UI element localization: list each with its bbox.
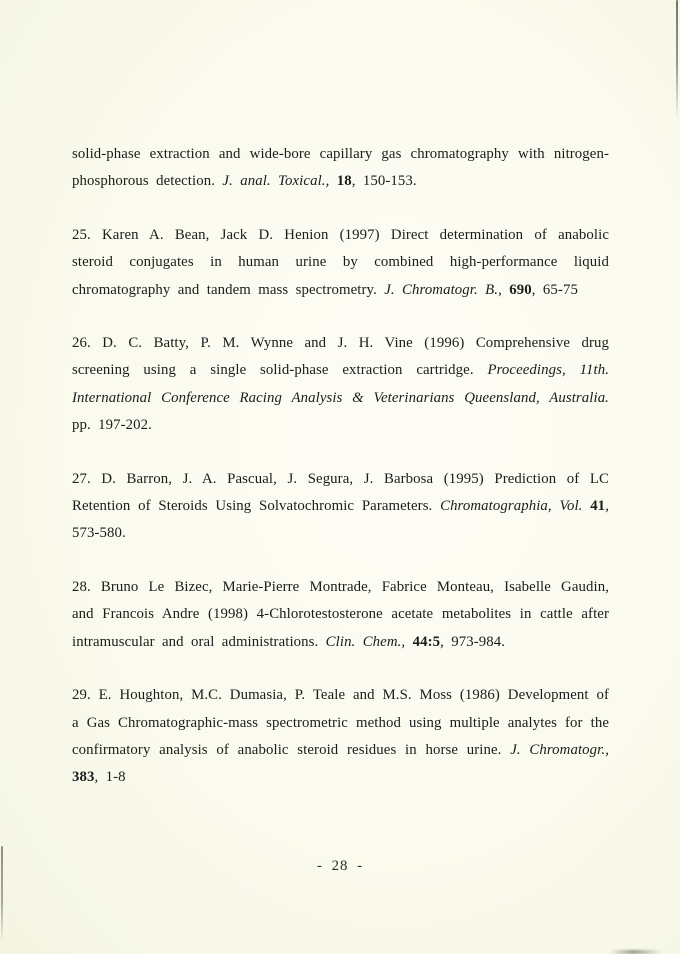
ref-segment-normal: , 150-153. (352, 173, 417, 189)
ref-segment-bold: 690 (509, 282, 532, 298)
reference-paragraph-ref-27: 27. D. Barron, J. A. Pascual, J. Segura,… (72, 466, 609, 548)
ref-segment-italic: Clin. Chem., (326, 634, 413, 650)
scan-artifact-bottom-smudge (610, 950, 662, 954)
page-number: - 28 - (0, 858, 680, 875)
ref-segment-italic: J. Chromatogr., (510, 742, 609, 758)
reference-paragraph-ref-25: 25. Karen A. Bean, Jack D. Henion (1997)… (72, 222, 609, 304)
ref-segment-bold: 44:5 (413, 634, 441, 650)
ref-segment-normal: , 973-984. (440, 634, 505, 650)
ref-segment-italic: J. Chromatogr. B., (384, 282, 509, 298)
references-list: solid-phase extraction and wide-bore cap… (72, 141, 609, 818)
ref-segment-normal: , 1-8 (95, 769, 126, 785)
reference-paragraph-ref-26: 26. D. C. Batty, P. M. Wynne and J. H. V… (72, 330, 609, 440)
reference-paragraph-ref-28: 28. Bruno Le Bizec, Marie-Pierre Montrad… (72, 574, 609, 656)
reference-paragraph-ref-24-continuation: solid-phase extraction and wide-bore cap… (72, 141, 609, 196)
scan-artifact-right-edge (676, 0, 678, 118)
ref-segment-normal: , 65-75 (532, 282, 578, 298)
scanned-document-page: { "footer": { "page_label": "- 28 -" }, … (0, 0, 680, 954)
ref-segment-bold: 41 (590, 498, 605, 514)
ref-segment-italic: Chromatographia, Vol. (440, 498, 590, 514)
ref-segment-italic: J. anal. Toxical., (222, 173, 336, 189)
ref-segment-bold: 18 (337, 173, 352, 189)
ref-segment-normal: pp. 197-202. (72, 417, 152, 433)
scan-artifact-left-edge (1, 846, 3, 942)
ref-segment-bold: 383 (72, 769, 95, 785)
reference-paragraph-ref-29: 29. E. Houghton, M.C. Dumasia, P. Teale … (72, 682, 609, 792)
